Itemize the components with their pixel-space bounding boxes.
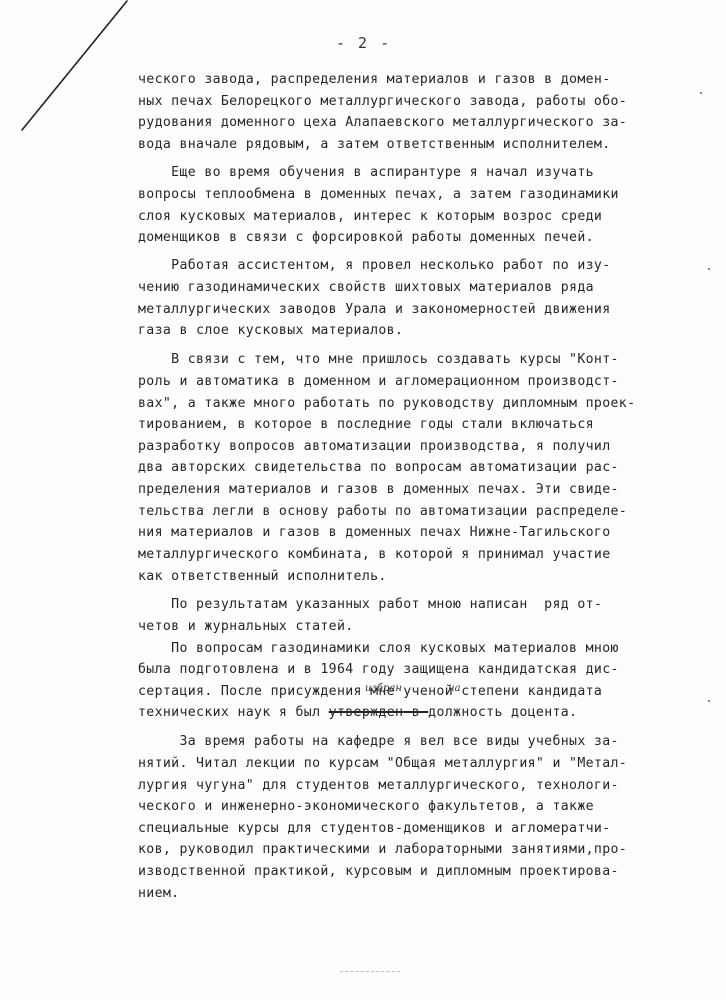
paper-speck [708, 700, 710, 702]
text-line: ков, руководил практическими и лаборатор… [138, 843, 627, 856]
paper-speck [708, 268, 710, 270]
text-line: Еще во время обучения в аспирантуре я на… [138, 166, 594, 179]
paper-speck [700, 92, 702, 94]
text-line: По вопросам газодинамики слоя кусковых м… [138, 642, 619, 655]
text-line: нием. [138, 887, 179, 900]
text-line: За время работы на кафедре я вел все вид… [138, 735, 619, 748]
struck-preposition: в [403, 705, 428, 720]
text-line: металлургических заводов Урала и законом… [138, 303, 611, 316]
text-line: два авторских свидетельства по вопросам … [138, 461, 619, 474]
text-line: тельства легли в основу работы по автома… [138, 505, 627, 518]
text-line: газа в слое кусковых материалов. [138, 324, 403, 337]
text-line: металлургического комбината, в которой я… [138, 548, 611, 561]
text-line: пределения материалов и газов в доменных… [138, 483, 619, 496]
text-line: разработку вопросов автоматизации произв… [138, 440, 611, 453]
text-line: нятий. Читал лекции по курсам "Общая мет… [138, 757, 627, 770]
footer-smudge [340, 971, 400, 972]
text-line: ния материалов и газов в доменных печах … [138, 526, 611, 539]
text-line: доменщиков в связи с форсировкой работы … [138, 231, 594, 244]
text-line: была подготовлена и в 1964 году защищена… [138, 663, 619, 676]
text-line: В связи с тем, что мне пришлось создават… [138, 353, 619, 366]
text-line: слоя кусковых материалов, интерес к кото… [138, 210, 602, 223]
text-line: вах", а также много работать по руководс… [138, 397, 635, 410]
text-line: тированием, в которое в последние годы с… [138, 418, 594, 431]
document-page: - 2 - ческого завода, распределения мате… [0, 0, 726, 1000]
text-line: четов и журнальных статей. [138, 620, 354, 633]
text-line: ческого завода, распределения материалов… [138, 73, 611, 86]
text-line: ных печах Белорецкого металлургического … [138, 95, 627, 108]
text-line: технических наук я был утвержден в должн… [138, 706, 577, 719]
text-line: лургия чугуна" для студентов металлургич… [138, 779, 619, 792]
struck-word: утвержден [329, 705, 404, 720]
text-line: Работая ассистентом, я провел несколько … [138, 259, 611, 272]
text-line: специальные курсы для студентов-доменщик… [138, 822, 611, 835]
text-line: как ответственный исполнитель. [138, 570, 387, 583]
text-line: изводственной практикой, курсовым и дипл… [138, 865, 619, 878]
page-number: - 2 - [336, 34, 391, 52]
text-line: рудования доменного цеха Алапаевского ме… [138, 116, 627, 129]
text-line: чению газодинамических свойств шихтовых … [138, 281, 594, 294]
text-line: По результатам указанных работ мною напи… [138, 598, 602, 611]
text-line: вопросы теплообмена в доменных печах, а … [138, 188, 619, 201]
text-line: роль и автоматика в доменном и агломерац… [138, 375, 619, 388]
handwritten-insert-na: на [448, 683, 461, 694]
text-line: ческого и инженерно-экономического факул… [138, 800, 594, 813]
handwritten-insert-izbran: избран [365, 683, 402, 694]
text-segment: технических наук я был [138, 705, 329, 720]
text-line: вода вначале рядовым, а затем ответствен… [138, 138, 611, 151]
text-segment: должность доцента. [428, 705, 577, 720]
pen-stroke-mark [0, 0, 140, 140]
